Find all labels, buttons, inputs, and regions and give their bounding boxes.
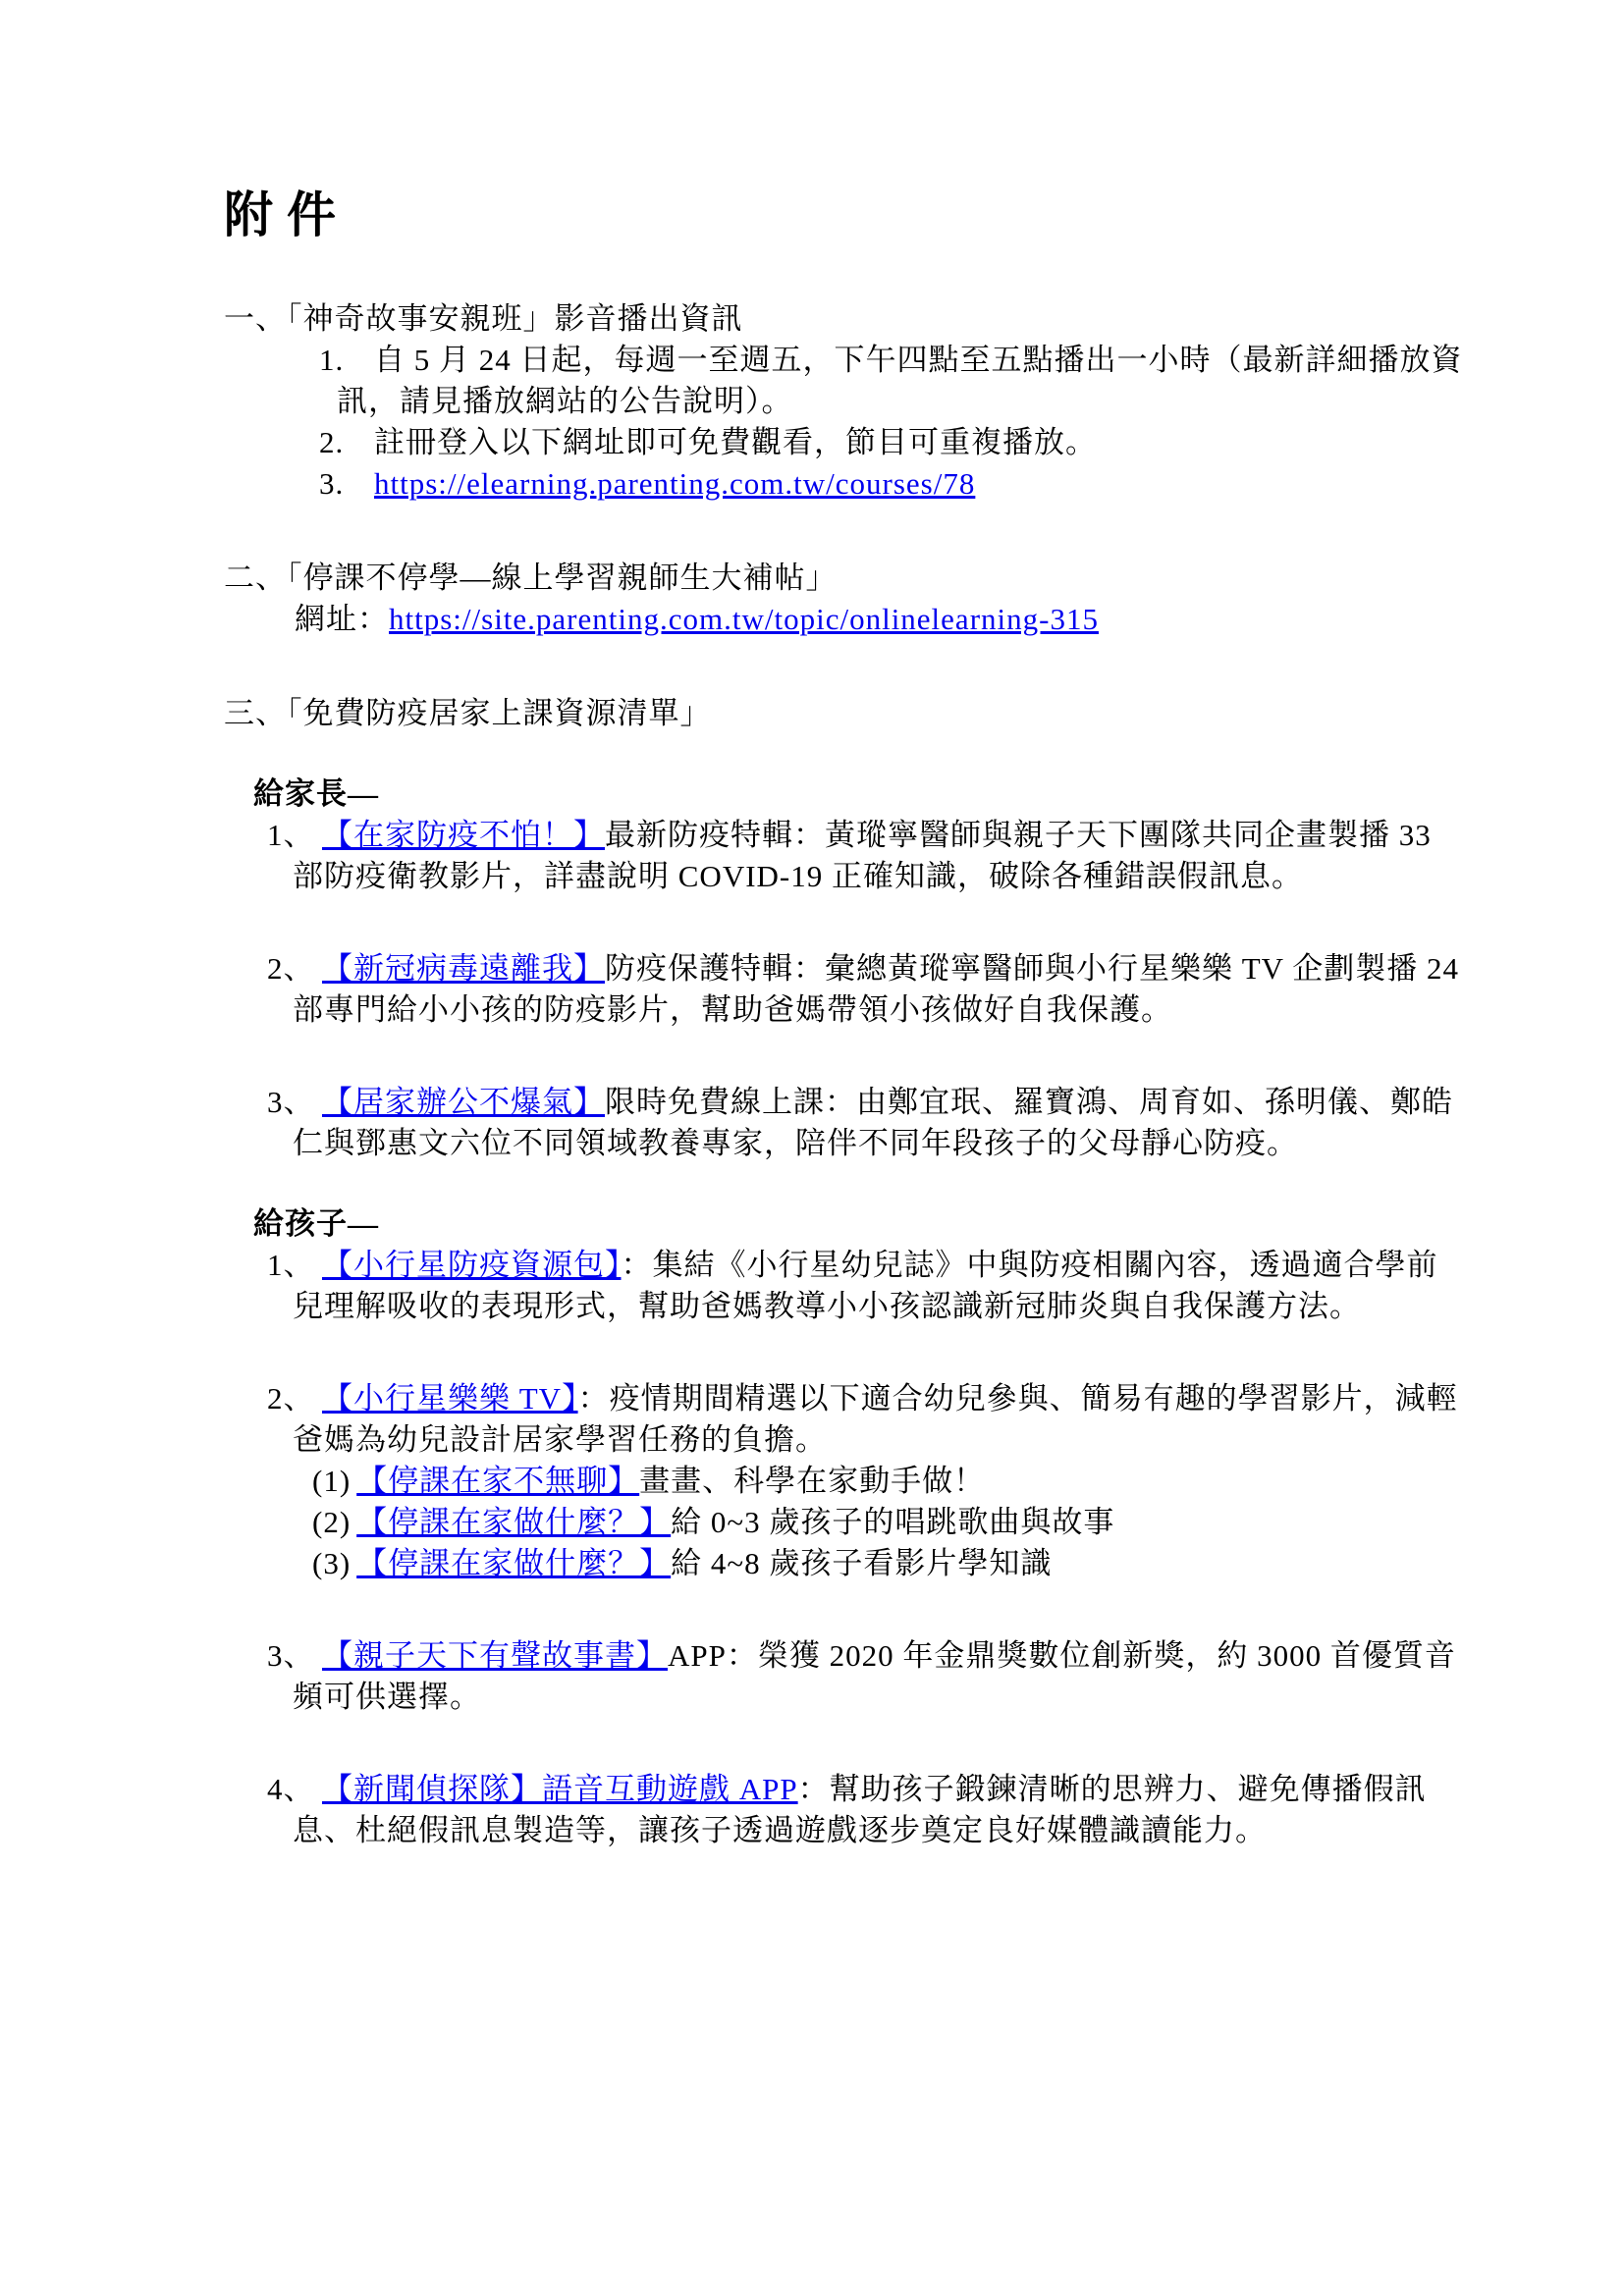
- section-broadcast-info: 一、「神奇故事安親班」影音播出資訊 1.自 5 月 24 日起，每週一至週五，下…: [224, 298, 1467, 505]
- item-number: 2、: [267, 1378, 322, 1419]
- planet-resource-pack-link[interactable]: 【小行星防疫資源包】: [322, 1248, 622, 1282]
- section-3-label: 三、: [224, 696, 287, 730]
- resource-item: 4、【新聞偵探隊】語音互動遊戲 APP：幫助孩子鍛鍊清晰的思辨力、避免傳播假訊息…: [267, 1769, 1467, 1851]
- document-page: 附件 一、「神奇故事安親班」影音播出資訊 1.自 5 月 24 日起，每週一至週…: [0, 0, 1624, 2296]
- sublist-item: (1)【停課在家不無聊】畫畫、科學在家動手做！: [312, 1461, 1467, 1502]
- list-item: 3.https://elearning.parenting.com.tw/cou…: [319, 463, 1467, 505]
- no-boredom-at-home-link[interactable]: 【停課在家不無聊】: [356, 1464, 639, 1498]
- item-number: 2、: [267, 948, 322, 989]
- planet-tv-sublist: (1)【停課在家不無聊】畫畫、科學在家動手做！ (2)【停課在家做什麼？】給 0…: [312, 1461, 1467, 1584]
- item-number: 4、: [267, 1769, 322, 1810]
- resource-item: 2、【新冠病毒遠離我】防疫保護特輯：彙總黃瑽寧醫師與小行星樂樂 TV 企劃製播 …: [267, 948, 1467, 1031]
- section-1-label: 一、: [224, 301, 287, 336]
- subitem-text: 畫畫、科學在家動手做！: [639, 1464, 985, 1498]
- resource-item: 3、【居家辦公不爆氣】限時免費線上課：由鄭宜珉、羅寶鴻、周育如、孫明儀、鄭皓仁與…: [267, 1082, 1467, 1164]
- section-free-resources: 三、「免費防疫居家上課資源清單」 給家長— 1、【在家防疫不怕！】最新防疫特輯：…: [224, 693, 1467, 1851]
- subitem-number: (3): [312, 1546, 351, 1580]
- wfh-no-anger-link[interactable]: 【居家辦公不爆氣】: [322, 1085, 605, 1119]
- section-2-label: 二、: [224, 561, 287, 595]
- item-number: 3、: [267, 1082, 322, 1123]
- stay-home-antiepidemic-link[interactable]: 【在家防疫不怕！】: [322, 818, 605, 852]
- subitem-text: 給 0~3 歲孩子的唱跳歌曲與故事: [671, 1505, 1114, 1539]
- what-to-do-age0-3-link[interactable]: 【停課在家做什麼？】: [356, 1505, 671, 1539]
- planet-tv-link[interactable]: 【小行星樂樂 TV】: [322, 1381, 578, 1415]
- sublist-item: (3)【停課在家做什麼？】給 4~8 歲孩子看影片學知識: [312, 1543, 1467, 1584]
- coronavirus-away-link[interactable]: 【新冠病毒遠離我】: [322, 951, 605, 986]
- resource-item: 2、【小行星樂樂 TV】：疫情期間精選以下適合幼兒參與、簡易有趣的學習影片，減輕…: [267, 1378, 1467, 1584]
- kids-group: 給孩子— 1、【小行星防疫資源包】：集結《小行星幼兒誌》中與防疫相關內容，透過適…: [224, 1203, 1467, 1851]
- section-online-learning: 二、「停課不停學—線上學習親師生大補帖」 網址：https://site.par…: [224, 558, 1467, 640]
- resource-item: 1、【在家防疫不怕！】最新防疫特輯：黃瑽寧醫師與親子天下團隊共同企畫製播 33 …: [267, 815, 1467, 897]
- page-title: 附件: [224, 185, 1467, 245]
- item-number: 1、: [267, 1245, 322, 1286]
- section-1-list: 1.自 5 月 24 日起，每週一至週五，下午四點至五點播出一小時（最新詳細播放…: [224, 340, 1467, 505]
- list-item: 2.註冊登入以下網址即可免費觀看，節目可重複播放。: [319, 422, 1467, 463]
- section-2-heading: 二、「停課不停學—線上學習親師生大補帖」: [224, 558, 1467, 599]
- list-item-text: 自 5 月 24 日起，每週一至週五，下午四點至五點播出一小時（最新詳細播放資訊…: [337, 343, 1463, 418]
- parents-group: 給家長— 1、【在家防疫不怕！】最新防疫特輯：黃瑽寧醫師與親子天下團隊共同企畫製…: [224, 774, 1467, 1164]
- section-3-title: 「免費防疫居家上課資源清單」: [287, 696, 712, 730]
- news-detective-app-link[interactable]: 【新聞偵探隊】語音互動遊戲 APP: [322, 1772, 798, 1806]
- subitem-number: (2): [312, 1505, 351, 1539]
- kids-group-heading: 給孩子—: [253, 1203, 1467, 1245]
- list-item-number: 1.: [319, 340, 374, 381]
- item-number: 3、: [267, 1635, 322, 1677]
- list-item-text: 註冊登入以下網址即可免費觀看，節目可重複播放。: [374, 425, 1097, 459]
- list-item-number: 3.: [319, 463, 374, 505]
- item-number: 1、: [267, 815, 322, 856]
- resource-item: 3、【親子天下有聲故事書】APP：榮獲 2020 年金鼎獎數位創新獎，約 300…: [267, 1635, 1467, 1718]
- section-1-heading: 一、「神奇故事安親班」影音播出資訊: [224, 298, 1467, 340]
- url-label: 網址：: [295, 602, 389, 636]
- section-2-title: 「停課不停學—線上學習親師生大補帖」: [287, 561, 838, 595]
- subitem-text: 給 4~8 歲孩子看影片學知識: [671, 1546, 1052, 1580]
- what-to-do-age4-8-link[interactable]: 【停課在家做什麼？】: [356, 1546, 671, 1580]
- url-line: 網址：https://site.parenting.com.tw/topic/o…: [295, 599, 1467, 640]
- parents-group-heading: 給家長—: [253, 774, 1467, 815]
- audio-storybook-app-link[interactable]: 【親子天下有聲故事書】: [322, 1638, 668, 1673]
- list-item: 1.自 5 月 24 日起，每週一至週五，下午四點至五點播出一小時（最新詳細播放…: [319, 340, 1467, 422]
- sublist-item: (2)【停課在家做什麼？】給 0~3 歲孩子的唱跳歌曲與故事: [312, 1502, 1467, 1543]
- subitem-number: (1): [312, 1464, 351, 1498]
- elearning-course-link[interactable]: https://elearning.parenting.com.tw/cours…: [374, 466, 975, 501]
- section-1-title: 「神奇故事安親班」影音播出資訊: [287, 301, 743, 336]
- resource-item: 1、【小行星防疫資源包】：集結《小行星幼兒誌》中與防疫相關內容，透過適合學前兒理…: [267, 1245, 1467, 1327]
- onlinelearning-topic-link[interactable]: https://site.parenting.com.tw/topic/onli…: [389, 602, 1099, 636]
- list-item-number: 2.: [319, 422, 374, 463]
- section-3-heading: 三、「免費防疫居家上課資源清單」: [224, 693, 1467, 734]
